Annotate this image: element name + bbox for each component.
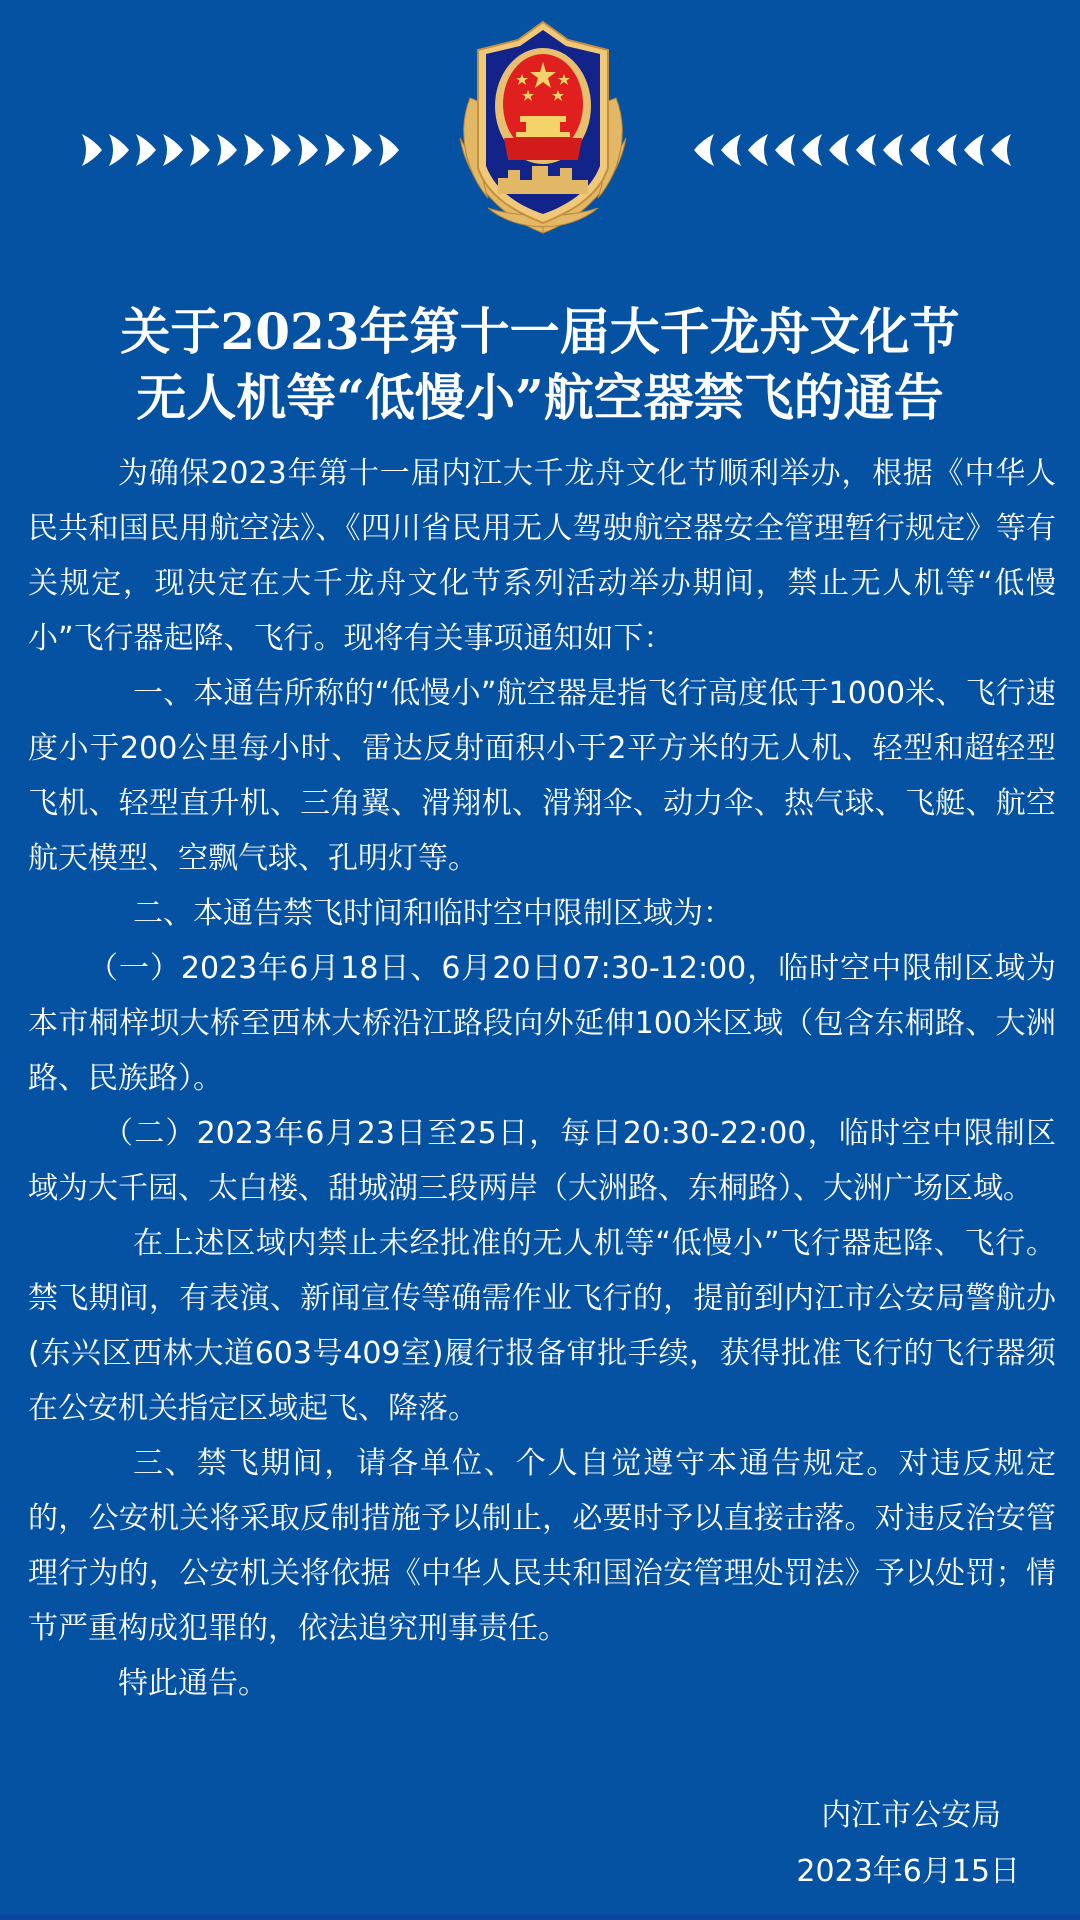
title-line-2: 无人机等“低慢小”航空器禁飞的通告 — [0, 365, 1080, 431]
police-emblem-icon — [448, 18, 638, 240]
intro-paragraph: 为确保2023年第十一届内江大千龙舟文化节顺利举办，根据《中华人民共和国民用航空… — [28, 446, 1056, 666]
chevron-left-row-icon — [692, 132, 1013, 168]
notice-title: 关于2023年第十一届大千龙舟文化节 无人机等“低慢小”航空器禁飞的通告 — [0, 299, 1080, 431]
item-3-paragraph: 三、禁飞期间，请各单位、个人自觉遵守本通告规定。对违反规定的，公安机关将采取反制… — [28, 1436, 1056, 1656]
item-2-heading: 二、本通告禁飞时间和临时空中限制区域为： — [28, 886, 1056, 941]
header-banner — [0, 0, 1080, 250]
chevron-right-row-icon — [80, 132, 401, 168]
notice-body: 为确保2023年第十一届内江大千龙舟文化节顺利举办，根据《中华人民共和国民用航空… — [28, 446, 1056, 1711]
item-2-sub-2: （二）2023年6月23日至25日，每日20:30-22:00，临时空中限制区域… — [28, 1106, 1056, 1216]
closing-text: 特此通告。 — [28, 1656, 1056, 1711]
title-line-1: 关于2023年第十一届大千龙舟文化节 — [0, 299, 1080, 365]
issuing-organization: 内江市公安局 — [796, 1788, 1020, 1844]
item-2-note: 在上述区域内禁止未经批准的无人机等“低慢小”飞行器起降、飞行。禁飞期间，有表演、… — [28, 1216, 1056, 1436]
item-2-sub-1: （一）2023年6月18日、6月20日07:30-12:00，临时空中限制区域为… — [28, 941, 1056, 1106]
signature-block: 内江市公安局 2023年6月15日 — [796, 1788, 1020, 1900]
issue-date: 2023年6月15日 — [796, 1844, 1020, 1900]
item-1-paragraph: 一、本通告所称的“低慢小”航空器是指飞行高度低于1000米、飞行速度小于200公… — [28, 666, 1056, 886]
bottom-border — [0, 1914, 1080, 1920]
